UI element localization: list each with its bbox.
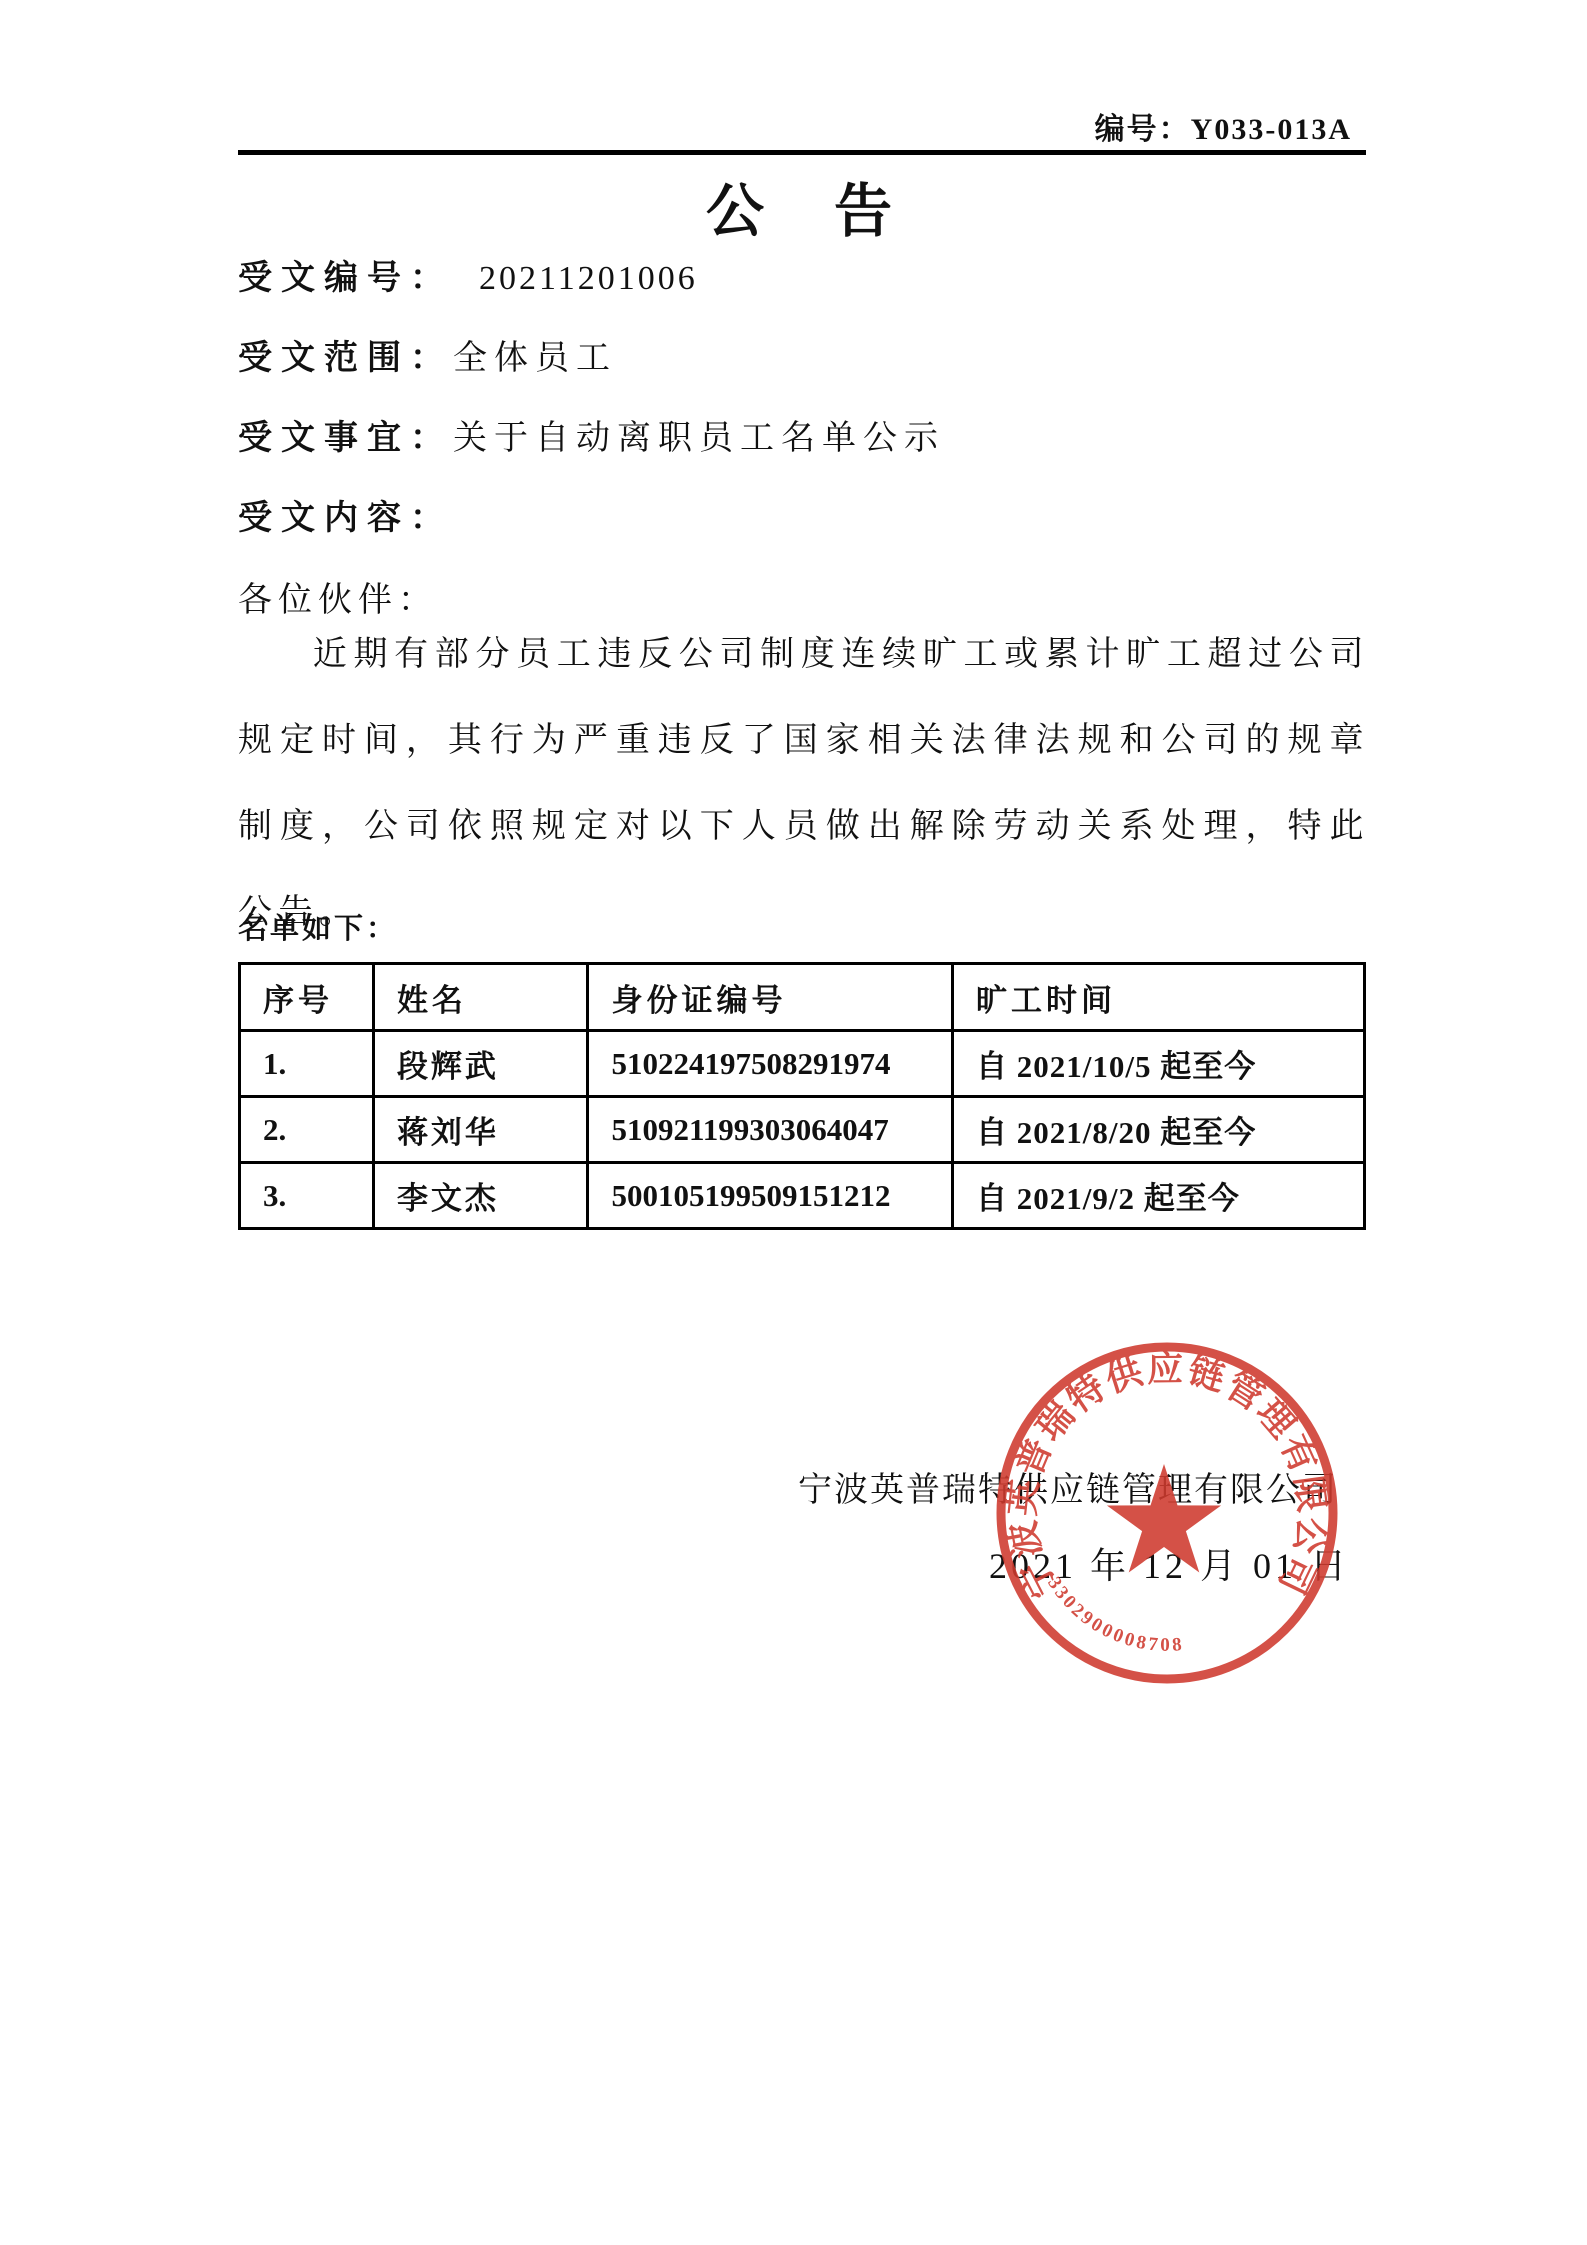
header-id-number: 身份证编号: [588, 964, 953, 1031]
field-scope-value: 全体员工: [453, 340, 617, 377]
header-name: 姓名: [373, 964, 588, 1031]
field-content: 受文内容：: [238, 490, 1398, 570]
cell-absence-time: 自 2021/10/5 起至今: [953, 1031, 1365, 1097]
company-seal-stamp: 宁波英普瑞特供应链管理有限公司 3302900008708: [987, 1333, 1347, 1693]
seal-star-icon: [1107, 1464, 1221, 1573]
header-index: 序号: [240, 964, 374, 1031]
cell-index: 1.: [240, 1031, 374, 1097]
field-scope: 受文范围：全体员工: [238, 330, 1398, 410]
list-label: 名单如下：: [238, 906, 398, 947]
field-subject-value: 关于自动离职员工名单公示: [453, 420, 945, 457]
dismissal-table: 序号 姓名 身份证编号 旷工时间 1. 段辉武 5102241975082919…: [238, 962, 1366, 1230]
cell-id-number: 500105199509151212: [588, 1163, 953, 1229]
table-row: 3. 李文杰 500105199509151212 自 2021/9/2 起至今: [240, 1163, 1365, 1229]
cell-index: 2.: [240, 1097, 374, 1163]
body-paragraph: 近期有部分员工违反公司制度连续旷工或累计旷工超过公司规定时间，其行为严重违反了国…: [238, 612, 1370, 956]
table-header-row: 序号 姓名 身份证编号 旷工时间: [240, 964, 1365, 1031]
header-divider: [238, 150, 1366, 155]
doc-code: 编号：Y033-013A: [238, 104, 1352, 148]
cell-name: 蒋刘华: [373, 1097, 588, 1163]
cell-index: 3.: [240, 1163, 374, 1229]
field-scope-label: 受文范围：: [238, 340, 453, 377]
cell-absence-time: 自 2021/9/2 起至今: [953, 1163, 1365, 1229]
cell-absence-time: 自 2021/8/20 起至今: [953, 1097, 1365, 1163]
field-doc-number-value: 20211201006: [479, 260, 698, 297]
table-row: 1. 段辉武 510224197508291974 自 2021/10/5 起至…: [240, 1031, 1365, 1097]
table-row: 2. 蒋刘华 510921199303064047 自 2021/8/20 起至…: [240, 1097, 1365, 1163]
page-title: 公 告: [238, 164, 1366, 248]
field-content-label: 受文内容：: [238, 500, 453, 537]
cell-id-number: 510224197508291974: [588, 1031, 953, 1097]
field-subject: 受文事宜：关于自动离职员工名单公示: [238, 410, 1398, 490]
field-subject-label: 受文事宜：: [238, 420, 453, 457]
field-doc-number-label: 受文编号：: [238, 260, 453, 297]
cell-id-number: 510921199303064047: [588, 1097, 953, 1163]
announcement-document: 编号：Y033-013A 公 告 受文编号：20211201006 受文范围：全…: [0, 0, 1587, 2245]
header-absence-time: 旷工时间: [953, 964, 1365, 1031]
field-doc-number: 受文编号：20211201006: [238, 250, 1398, 330]
cell-name: 李文杰: [373, 1163, 588, 1229]
cell-name: 段辉武: [373, 1031, 588, 1097]
header-fields: 受文编号：20211201006 受文范围：全体员工 受文事宜：关于自动离职员工…: [238, 250, 1398, 570]
